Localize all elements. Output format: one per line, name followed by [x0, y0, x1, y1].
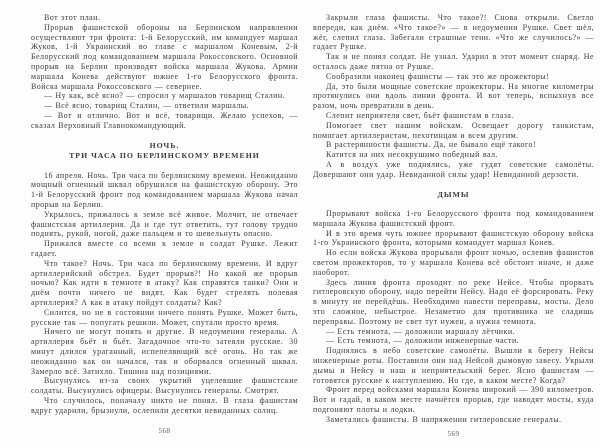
- paragraph: — Есть темнота, — доложили инженерные ча…: [313, 336, 594, 346]
- paragraph: Но если войска Жукова прорывали фронт но…: [313, 248, 594, 277]
- paragraph: Закрыли глаза фашисты. Что такое?! Снова…: [313, 13, 594, 52]
- paragraph: В растерянности фашисты. Да, не бывало е…: [313, 140, 594, 150]
- paragraph: Заметались фашисты. В напряжении гитлеро…: [313, 415, 594, 425]
- paragraph: Прорыв фашистской обороны на Берлинском …: [31, 23, 298, 92]
- paragraph: 16 апреля. Ночь. Три часа по берлинскому…: [31, 171, 298, 210]
- paragraph: Помогает свет нашим войскам. Освещает до…: [313, 121, 594, 141]
- chapter-heading: ДЫМЫ: [313, 190, 594, 201]
- chapter-heading-line: ТРИ ЧАСА ПО БЕРЛИНСКОМУ ВРЕМЕНИ: [31, 151, 298, 162]
- paragraph: — Есть темнота, — доложили маршалу лётчи…: [313, 327, 594, 337]
- chapter-heading-line: НОЧЬ.: [31, 141, 298, 152]
- chapter-heading-line: ДЫМЫ: [313, 190, 594, 201]
- paragraph: Сообразили наконец фашисты — так это же …: [313, 72, 594, 82]
- page-number: 569: [313, 430, 594, 438]
- paragraph: — Всё ясно, товарищ Сталин, — ответили м…: [31, 101, 298, 111]
- paragraph: Высунулись из-за своих укрытий уцелевшие…: [31, 376, 298, 396]
- right-page: Закрыли глаза фашисты. Что такое?! Снова…: [313, 0, 594, 448]
- paragraph: Фронт перед войсками маршала Конева широ…: [313, 385, 594, 414]
- paragraph: Поднялись в небо советские самолёты. Выш…: [313, 346, 594, 385]
- paragraph: Так и не понял солдат. Не узнал. Ударил …: [313, 52, 594, 72]
- paragraph: Силится, но не в состоянии ничего понять…: [31, 308, 298, 328]
- book-spread-scan: Вот этот план. Прорыв фашистской обороны…: [0, 0, 600, 448]
- paragraph: — Ну как, всё ясно? — спросил у маршалов…: [31, 91, 298, 101]
- paragraph: Что такое? Ночь. Три часа по берлинскому…: [31, 259, 298, 308]
- chapter-heading: НОЧЬ. ТРИ ЧАСА ПО БЕРЛИНСКОМУ ВРЕМЕНИ: [31, 141, 298, 162]
- paragraph: Да, это были мощные советские прожекторы…: [313, 82, 594, 111]
- paragraph: И в это время чуть южнее прорывают фашис…: [313, 229, 594, 249]
- paragraph: — Вот и отлично. Вот и всё, товарищи. Же…: [31, 111, 298, 131]
- paragraph: Прижался вместе со всеми к земле и солда…: [31, 239, 298, 259]
- page-number: 568: [31, 427, 298, 435]
- paragraph: Здесь линия фронта проходит по реке Нейс…: [313, 278, 594, 327]
- paragraph: Укрылось, прижалось к земле всё живое. М…: [31, 210, 298, 239]
- paragraph: Что случилось, поначалу никто не понял. …: [31, 396, 298, 416]
- left-page: Вот этот план. Прорыв фашистской обороны…: [31, 0, 298, 448]
- paragraph: Ничего не могут понять и другие. В недоу…: [31, 327, 298, 376]
- paragraph: Прорывают войска 1-го Белорусского фронт…: [313, 209, 594, 229]
- paragraph: Катится на них несокрушимо победный вал.: [313, 150, 594, 160]
- paragraph: Слепит неприятеля свет, бьёт фашистам в …: [313, 111, 594, 121]
- paragraph: Вот этот план.: [31, 13, 298, 23]
- paragraph: А в воздух уже поднялись, уже гудят сове…: [313, 160, 594, 180]
